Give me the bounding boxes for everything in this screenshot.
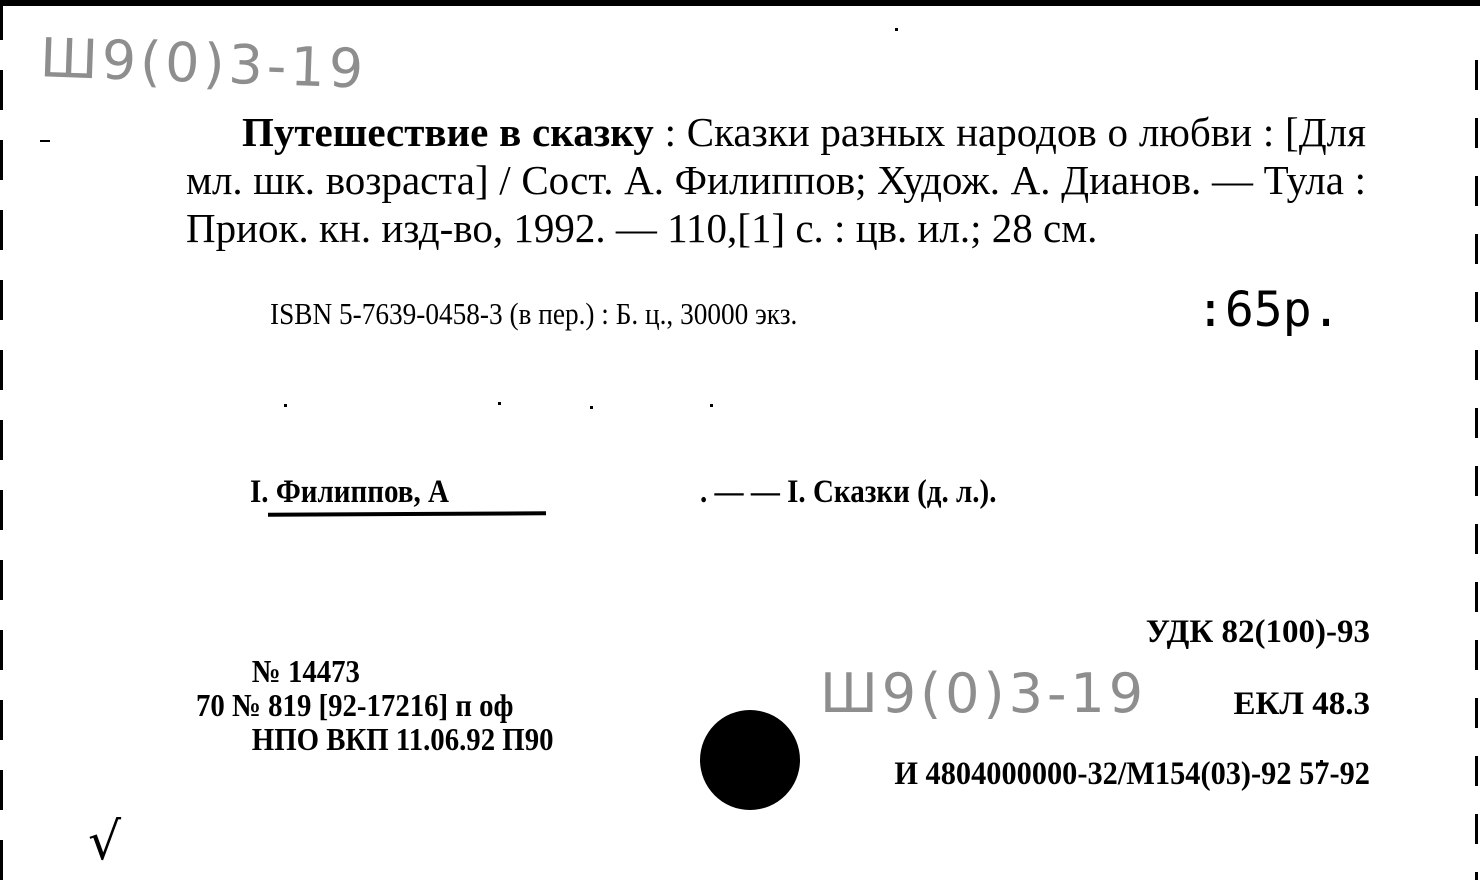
scan-speck <box>498 402 501 405</box>
scan-speck <box>895 28 898 31</box>
isbn-line: ISBN 5-7639-0458-3 (в пер.) : Б. ц., 300… <box>270 296 797 332</box>
bibliographic-description: Путешествие в сказку : Сказки разных нар… <box>186 108 1366 252</box>
handwritten-shelfmark-2: Ш9(0)3-19 <box>820 662 1147 725</box>
scan-speck <box>710 404 713 407</box>
catalog-card: Ш9(0)3-19 Путешествие в сказку : Сказки … <box>0 0 1480 880</box>
printer-imprint: № 14473 70 № 819 [92-17216] п оф НПО ВКП… <box>196 654 554 756</box>
scan-speck <box>590 406 593 409</box>
card-top-edge <box>0 0 1480 6</box>
punch-hole <box>700 710 800 810</box>
check-mark-icon: √ <box>88 812 121 872</box>
card-right-edge <box>1475 60 1478 880</box>
publication-code: И 4804000000-32/М154(03)-92 57-92 <box>894 756 1370 793</box>
scan-speck <box>1320 760 1323 763</box>
handwritten-underline <box>268 511 546 516</box>
imprint-line: НПО ВКП 11.06.92 П90 <box>196 722 554 756</box>
imprint-line: 70 № 819 [92-17216] п оф <box>196 688 554 722</box>
ekl-classification: ЕКЛ 48.3 <box>1233 686 1370 723</box>
added-entry-tracing: I. Филиппов, А <box>250 474 449 511</box>
scan-speck <box>40 140 50 142</box>
card-left-edge <box>0 0 3 880</box>
subject-tracing: . — — I. Сказки (д. л.). <box>700 474 996 511</box>
price-stamp: :65р. <box>1196 282 1341 338</box>
book-title: Путешествие в сказку <box>242 109 654 155</box>
handwritten-shelfmark: Ш9(0)3-19 <box>39 26 368 100</box>
scan-speck <box>284 404 287 407</box>
imprint-line: № 14473 <box>196 654 554 688</box>
udk-classification: УДК 82(100)-93 <box>1146 614 1370 651</box>
